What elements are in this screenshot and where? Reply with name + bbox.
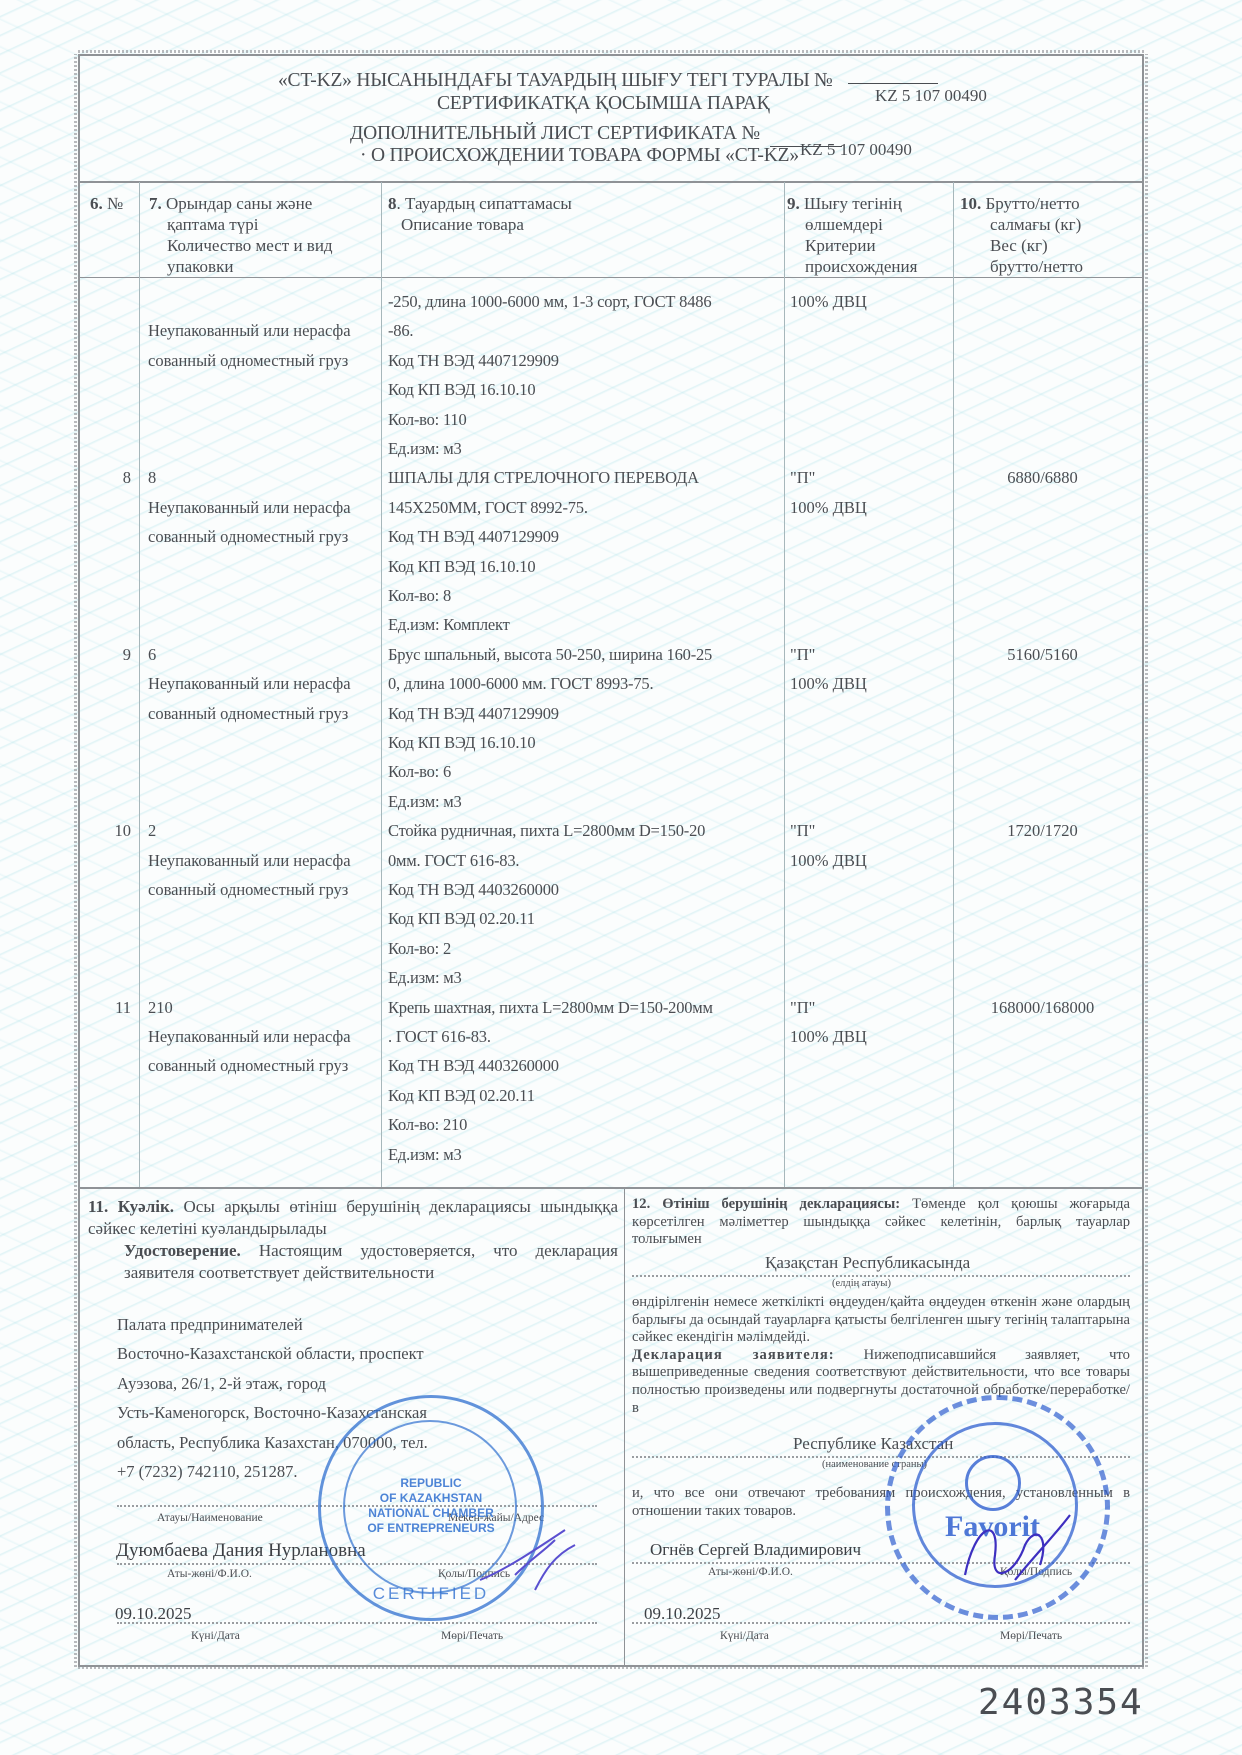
certification-date: 09.10.2025	[115, 1604, 192, 1624]
col-header-description: 8. Тауардың сипаттамасы Описание товара	[388, 193, 572, 235]
certifier-signature	[475, 1520, 585, 1600]
row-packages: 6Неупакованный или нерасфасованный одном…	[148, 640, 351, 728]
row-weight: 5160/5160	[955, 640, 1130, 669]
title-kz-line1: «CT-KZ» НЫСАНЫНДАҒЫ ТАУАРДЫҢ ШЫҒУ ТЕГІ Т…	[278, 70, 833, 92]
microtext-border-right	[1145, 54, 1148, 1667]
country-kz-line	[632, 1275, 1130, 1277]
certificate-number-ru: KZ 5 107 00490	[800, 140, 912, 160]
caption-date-12: Күні/Дата	[720, 1630, 769, 1642]
row-weight: 6880/6880	[955, 463, 1130, 492]
title-ru-line2: · О ПРОИСХОЖДЕНИИ ТОВАРА ФОРМЫ «CT-KZ»	[360, 145, 799, 167]
row-criteria: "П"100% ДВЦ	[790, 640, 867, 699]
row-criteria: "П"100% ДВЦ	[790, 993, 867, 1052]
section-12-text-continued: өндірілгенін немесе жеткілікті өңдеуден/…	[632, 1294, 1130, 1417]
row-weight: 1720/1720	[955, 816, 1130, 845]
col-header-weight: 10. Брутто/нетто салмағы (кг) Вес (кг) б…	[960, 193, 1083, 277]
row-description: Крепь шахтная, пихта L=2800мм D=150-200м…	[388, 993, 713, 1169]
row-packages: 2Неупакованный или нерасфасованный одном…	[148, 816, 351, 904]
row-number: 8	[0, 463, 131, 492]
caption-fio: Аты-жөні/Ф.И.О.	[167, 1568, 252, 1580]
col-header-packages: 7. Орындар саны және қаптама түрі Количе…	[149, 193, 333, 277]
caption-name: Атауы/Наименование	[157, 1512, 263, 1524]
date-seal-line	[117, 1622, 597, 1624]
table-header-bottom-rule	[80, 277, 1142, 278]
declarant-signature	[955, 1505, 1075, 1595]
caption-seal-12: Мөрі/Печать	[1000, 1630, 1062, 1642]
cert-number-underline-kz	[848, 83, 938, 84]
row-packages: Неупакованный или нерасфасованный одноме…	[148, 287, 351, 375]
row-weight	[955, 287, 1130, 316]
row-packages: 8Неупакованный или нерасфасованный одном…	[148, 463, 351, 551]
column-divider-4	[953, 182, 954, 1187]
caption-seal: Мөрі/Печать	[441, 1630, 503, 1642]
row-packages: 210Неупакованный или нерасфасованный одн…	[148, 993, 351, 1081]
row-description: ШПАЛЫ ДЛЯ СТРЕЛОЧНОГО ПЕРЕВОДА145Х250ММ,…	[388, 463, 699, 639]
column-divider-1	[139, 182, 140, 1187]
footer-top-rule	[80, 1187, 1142, 1189]
date-seal-line-12	[632, 1622, 1130, 1624]
caption-fio-12: Аты-жөні/Ф.И.О.	[708, 1566, 793, 1578]
row-number: 11	[0, 993, 131, 1022]
table-top-rule	[80, 181, 1142, 183]
section-12-declaration: 12. Өтініш берушінің декларациясы: Төмен…	[632, 1196, 1130, 1249]
row-number: 9	[0, 640, 131, 669]
title-kz-line2: СЕРТИФИКАТҚА ҚОСЫМША ПАРАҚ	[437, 93, 769, 115]
column-divider-3	[784, 182, 785, 1187]
row-description: -250, длина 1000-6000 мм, 1-3 сорт, ГОСТ…	[388, 287, 711, 463]
caption-date: Күні/Дата	[191, 1630, 240, 1642]
col-header-number: 6. №	[90, 193, 123, 214]
microtext-border-top	[78, 50, 1144, 53]
row-criteria: "П"100% ДВЦ	[790, 463, 867, 522]
row-description: Брус шпальный, высота 50-250, ширина 160…	[388, 640, 712, 816]
footer-divider	[624, 1189, 625, 1665]
serial-number: 2403354	[978, 1682, 1144, 1723]
title-ru-line1: ДОПОЛНИТЕЛЬНЫЙ ЛИСТ СЕРТИФИКАТА №	[350, 123, 760, 145]
row-weight: 168000/168000	[955, 993, 1130, 1022]
row-criteria: 100% ДВЦ	[790, 287, 867, 316]
row-description: Стойка рудничная, пихта L=2800мм D=150-2…	[388, 816, 705, 992]
column-divider-2	[381, 182, 382, 1187]
country-kz: Қазақстан Республикасында	[765, 1253, 970, 1273]
col-header-criteria: 9. Шығу тегінің өлшемдері Критерии проис…	[787, 193, 917, 277]
declarant-name: Огнёв Сергей Владимирович	[650, 1540, 861, 1560]
declaration-date: 09.10.2025	[644, 1604, 721, 1624]
certificate-number-kz: KZ 5 107 00490	[875, 86, 987, 106]
section-11-certification: 11. Куәлік. Осы арқылы өтініш берушінің …	[88, 1196, 618, 1284]
row-criteria: "П"100% ДВЦ	[790, 816, 867, 875]
row-number	[0, 287, 131, 316]
row-number: 10	[0, 816, 131, 845]
caption-country-kz: (елдің атауы)	[832, 1278, 891, 1289]
